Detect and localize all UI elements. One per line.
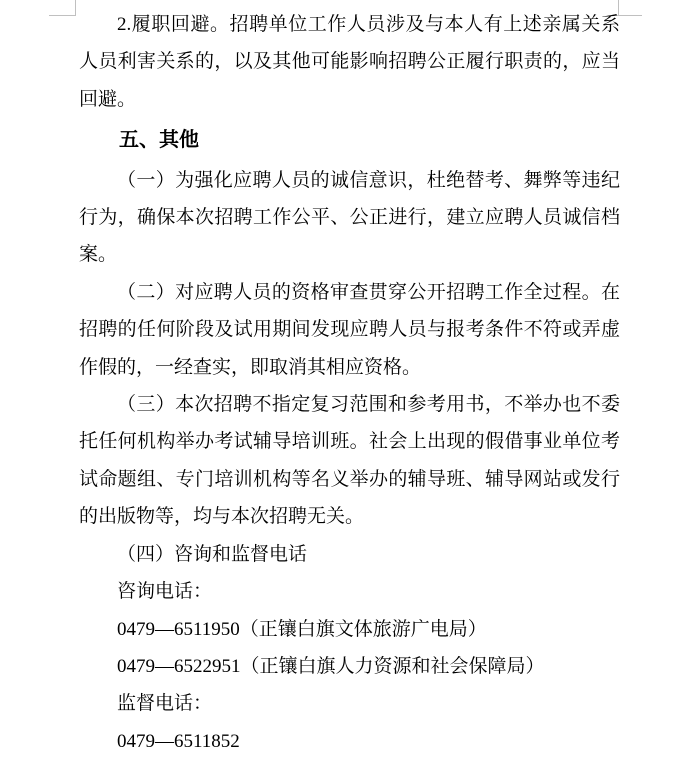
paragraph: 0479—6511852: [79, 723, 620, 760]
document-page: 2.履职回避。招聘单位工作人员涉及与本人有上述亲属关系人员利害关系的，以及其他可…: [0, 0, 698, 765]
section-heading: 五、其他: [79, 122, 620, 159]
paragraph: 0479—6522951（正镶白旗人力资源和社会保障局）: [79, 648, 620, 685]
text-boundary-mark-top-left: [49, 0, 76, 16]
paragraph: 监督电话：: [79, 685, 620, 722]
document-text-area: 2.履职回避。招聘单位工作人员涉及与本人有上述亲属关系人员利害关系的，以及其他可…: [79, 6, 620, 760]
paragraph: 咨询电话：: [79, 573, 620, 610]
text-boundary-mark-top-right: [618, 0, 642, 16]
paragraph: （二）对应聘人员的资格审查贯穿公开招聘工作全过程。在招聘的任何阶段及试用期间发现…: [79, 274, 620, 386]
paragraph: （四）咨询和监督电话: [79, 536, 620, 573]
paragraph: （一）为强化应聘人员的诚信意识，杜绝替考、舞弊等违纪行为，确保本次招聘工作公平、…: [79, 162, 620, 274]
paragraph: 2.履职回避。招聘单位工作人员涉及与本人有上述亲属关系人员利害关系的，以及其他可…: [79, 6, 620, 118]
paragraph: （三）本次招聘不指定复习范围和参考用书，不举办也不委托任何机构举办考试辅导培训班…: [79, 386, 620, 536]
paragraph: 0479—6511950（正镶白旗文体旅游广电局）: [79, 611, 620, 648]
